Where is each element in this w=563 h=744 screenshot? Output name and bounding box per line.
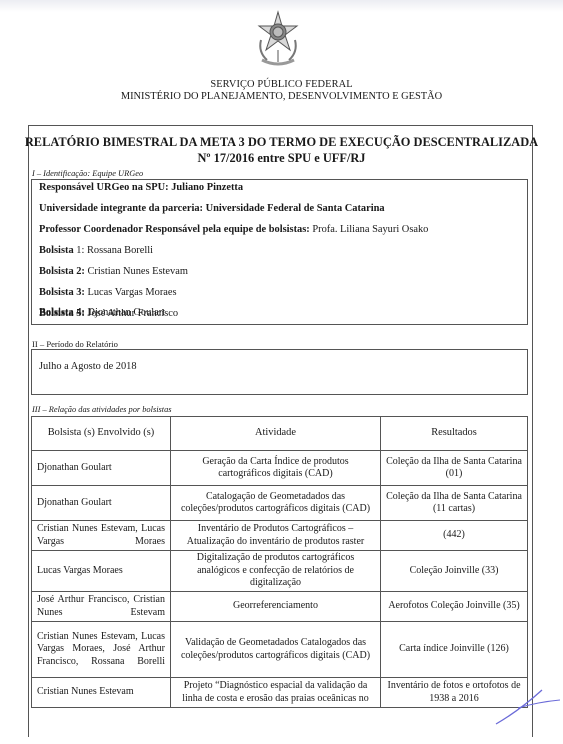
cell-resultados: Carta índice Joinville (126): [381, 622, 528, 678]
professor-line: Professor Coordenador Responsável pela e…: [39, 224, 428, 235]
cell-bolsistas: Cristian Nunes Estevam: [32, 678, 171, 708]
section2-label: II – Período do Relatório: [32, 339, 118, 349]
col-bolsistas: Bolsista (s) Envolvido (s): [32, 417, 171, 451]
cell-atividade: Validação de Geometadados Catalogados da…: [171, 622, 381, 678]
cell-atividade: Inventário de Produtos Cartográficos – A…: [171, 521, 381, 551]
period-box: [31, 349, 528, 395]
professor-label: Professor Coordenador Responsável pela e…: [39, 224, 312, 235]
universidade-value: Universidade Federal de Santa Catarina: [206, 203, 385, 214]
cell-atividade: Catalogação de Geometadados das coleções…: [171, 486, 381, 521]
table-row: Lucas Vargas Moraes Digitalização de pro…: [32, 551, 528, 592]
table-row: Djonathan Goulart Geração da Carta Índic…: [32, 451, 528, 486]
cell-bolsistas: Djonathan Goulart: [32, 486, 171, 521]
cell-atividade: Georreferenciamento: [171, 592, 381, 622]
section1-label: I – Identificação: Equipe URGeo: [32, 169, 143, 178]
table-row: Cristian Nunes Estevam Projeto “Diagnóst…: [32, 678, 528, 708]
report-title: RELATÓRIO BIMESTRAL DA META 3 DO TERMO D…: [0, 135, 563, 150]
table-row: Cristian Nunes Estevam, Lucas Vargas Mor…: [32, 622, 528, 678]
cell-resultados: Coleção da Ilha de Santa Catarina (11 ca…: [381, 486, 528, 521]
responsavel-label: Responsável URGeo na SPU:: [39, 182, 171, 193]
responsavel-value: Juliano Pinzetta: [171, 182, 243, 193]
header-service: SERVIÇO PÚBLICO FEDERAL: [0, 79, 563, 90]
col-resultados: Resultados: [381, 417, 528, 451]
bolsista-3-label: Bolsista 3:: [39, 287, 85, 298]
bolsista-5-line: Bolsista 5: José Arthur Francisco: [39, 308, 178, 319]
cell-bolsistas: Lucas Vargas Moraes: [32, 551, 171, 592]
cell-resultados: Aerofotos Coleção Joinville (35): [381, 592, 528, 622]
cell-resultados: (442): [381, 521, 528, 551]
cell-bolsistas: José Arthur Francisco, Cristian Nunes Es…: [32, 592, 171, 622]
report-subtitle: Nº 17/2016 entre SPU e UFF/RJ: [0, 151, 563, 166]
bolsista-3-line: Bolsista 3: Lucas Vargas Moraes: [39, 287, 177, 298]
table-row: Djonathan Goulart Catalogação de Geometa…: [32, 486, 528, 521]
activities-table: Bolsista (s) Envolvido (s) Atividade Res…: [31, 416, 528, 708]
cell-bolsistas: Cristian Nunes Estevam, Lucas Vargas Mor…: [32, 521, 171, 551]
universidade-label: Universidade integrante da parceria:: [39, 203, 206, 214]
responsavel-line: Responsável URGeo na SPU: Juliano Pinzet…: [39, 182, 243, 193]
table-row: José Arthur Francisco, Cristian Nunes Es…: [32, 592, 528, 622]
professor-value: Profa. Liliana Sayuri Osako: [312, 224, 428, 235]
cell-resultados: Coleção Joinville (33): [381, 551, 528, 592]
cell-atividade: Digitalização de produtos cartográficos …: [171, 551, 381, 592]
bolsista-2-label: Bolsista 2:: [39, 266, 85, 277]
universidade-line: Universidade integrante da parceria: Uni…: [39, 203, 385, 214]
bolsista-1-label: Bolsista: [39, 245, 74, 256]
table-header-row: Bolsista (s) Envolvido (s) Atividade Res…: [32, 417, 528, 451]
header-ministry: MINISTÉRIO DO PLANEJAMENTO, DESENVOLVIME…: [0, 91, 563, 102]
period-value: Julho a Agosto de 2018: [39, 361, 137, 372]
cell-bolsistas: Cristian Nunes Estevam, Lucas Vargas Mor…: [32, 622, 171, 678]
col-atividade: Atividade: [171, 417, 381, 451]
cell-atividade: Projeto “Diagnóstico espacial da validaç…: [171, 678, 381, 708]
bolsista-1-name: Rossana Borelli: [87, 245, 153, 256]
bolsista-1-line: Bolsista 1: Rossana Borelli: [39, 245, 153, 256]
cell-resultados: Coleção da Ilha de Santa Catarina (01): [381, 451, 528, 486]
table-row: Cristian Nunes Estevam, Lucas Vargas Mor…: [32, 521, 528, 551]
bolsista-5-label: Bolsista 5:: [39, 308, 85, 319]
bolsista-3-name: Lucas Vargas Moraes: [85, 287, 177, 298]
section3-label: III – Relação das atividades por bolsist…: [32, 405, 172, 414]
cell-bolsistas: Djonathan Goulart: [32, 451, 171, 486]
bolsista-2-line: Bolsista 2: Cristian Nunes Estevam: [39, 266, 188, 277]
handwritten-signature-icon: [490, 688, 560, 728]
brazil-coat-of-arms-icon: [253, 2, 303, 78]
bolsista-5-name: José Arthur Francisco: [85, 308, 178, 319]
cell-atividade: Geração da Carta Índice de produtos cart…: [171, 451, 381, 486]
bolsista-2-name: Cristian Nunes Estevam: [85, 266, 188, 277]
